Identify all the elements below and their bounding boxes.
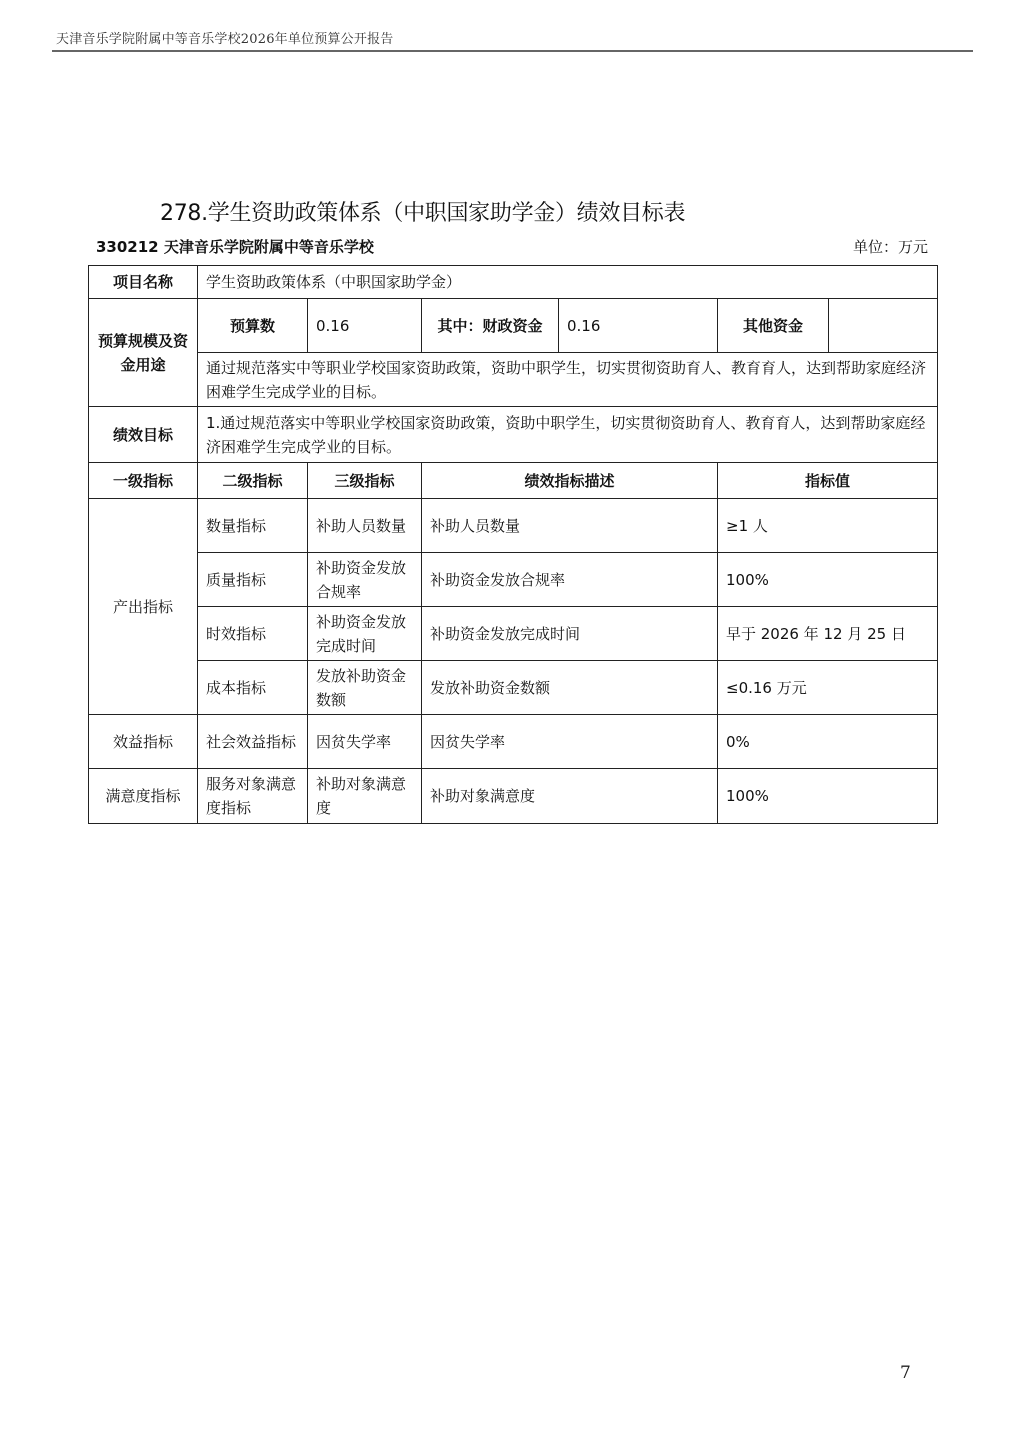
level2-cell: 社会效益指标	[198, 715, 308, 769]
description-cell: 因贫失学率	[422, 715, 718, 769]
goal-row: 绩效目标 1.通过规范落实中等职业学校国家资助政策，资助中职学生，切实贯彻资助育…	[89, 407, 938, 463]
description-cell: 补助资金发放完成时间	[422, 607, 718, 661]
organization-code-name: 330212 天津音乐学院附属中等音乐学校	[96, 236, 374, 257]
fiscal-funds-label: 其中：财政资金	[422, 299, 559, 353]
description-cell: 补助人员数量	[422, 499, 718, 553]
header-rule	[52, 50, 973, 52]
level2-cell: 成本指标	[198, 661, 308, 715]
level3-cell: 补助资金发放完成时间	[308, 607, 422, 661]
org-unit-line: 330212 天津音乐学院附属中等音乐学校 单位：万元	[96, 236, 928, 257]
budget-label: 预算规模及资金用途	[89, 299, 198, 407]
other-funds-label: 其他资金	[718, 299, 829, 353]
header-level2: 二级指标	[198, 463, 308, 499]
value-cell: 早于 2026 年 12 月 25 日	[718, 607, 938, 661]
value-cell: ≤0.16 万元	[718, 661, 938, 715]
budget-row: 预算规模及资金用途 预算数 0.16 其中：财政资金 0.16 其他资金	[89, 299, 938, 353]
fund-usage-row: 通过规范落实中等职业学校国家资助政策，资助中职学生，切实贯彻资助育人、教育育人，…	[89, 353, 938, 407]
description-cell: 补助对象满意度	[422, 769, 718, 824]
table-row: 效益指标 社会效益指标 因贫失学率 因贫失学率 0%	[89, 715, 938, 769]
value-cell: ≥1 人	[718, 499, 938, 553]
project-name-value: 学生资助政策体系（中职国家助学金）	[198, 266, 938, 299]
table-row: 满意度指标 服务对象满意度指标 补助对象满意度 补助对象满意度 100%	[89, 769, 938, 824]
indicator-header-row: 一级指标 二级指标 三级指标 绩效指标描述 指标值	[89, 463, 938, 499]
running-header: 天津音乐学院附属中等音乐学校2026年单位预算公开报告	[56, 28, 393, 47]
budget-amount-label: 预算数	[198, 299, 308, 353]
value-cell: 100%	[718, 553, 938, 607]
performance-target-table: 项目名称 学生资助政策体系（中职国家助学金） 预算规模及资金用途 预算数 0.1…	[88, 265, 938, 824]
level3-cell: 补助对象满意度	[308, 769, 422, 824]
page-number: 7	[900, 1363, 911, 1383]
other-funds-value	[829, 299, 938, 353]
budget-amount-value: 0.16	[308, 299, 422, 353]
level3-cell: 补助资金发放合规率	[308, 553, 422, 607]
header-value: 指标值	[718, 463, 938, 499]
table-row: 成本指标 发放补助资金数额 发放补助资金数额 ≤0.16 万元	[89, 661, 938, 715]
header-description: 绩效指标描述	[422, 463, 718, 499]
description-cell: 补助资金发放合规率	[422, 553, 718, 607]
goal-label: 绩效目标	[89, 407, 198, 463]
level2-cell: 时效指标	[198, 607, 308, 661]
value-cell: 100%	[718, 769, 938, 824]
project-name-label: 项目名称	[89, 266, 198, 299]
unit-label: 单位：万元	[853, 236, 928, 257]
level3-cell: 补助人员数量	[308, 499, 422, 553]
header-level3: 三级指标	[308, 463, 422, 499]
page-title: 278.学生资助政策体系（中职国家助学金）绩效目标表	[160, 196, 685, 227]
level1-benefit: 效益指标	[89, 715, 198, 769]
header-level1: 一级指标	[89, 463, 198, 499]
table-row: 时效指标 补助资金发放完成时间 补助资金发放完成时间 早于 2026 年 12 …	[89, 607, 938, 661]
fund-usage-text: 通过规范落实中等职业学校国家资助政策，资助中职学生，切实贯彻资助育人、教育育人，…	[198, 353, 938, 407]
value-cell: 0%	[718, 715, 938, 769]
level2-cell: 服务对象满意度指标	[198, 769, 308, 824]
table-row: 产出指标 数量指标 补助人员数量 补助人员数量 ≥1 人	[89, 499, 938, 553]
project-name-row: 项目名称 学生资助政策体系（中职国家助学金）	[89, 266, 938, 299]
description-cell: 发放补助资金数额	[422, 661, 718, 715]
level3-cell: 因贫失学率	[308, 715, 422, 769]
table-row: 质量指标 补助资金发放合规率 补助资金发放合规率 100%	[89, 553, 938, 607]
fiscal-funds-value: 0.16	[559, 299, 718, 353]
level1-output: 产出指标	[89, 499, 198, 715]
goal-text: 1.通过规范落实中等职业学校国家资助政策，资助中职学生，切实贯彻资助育人、教育育…	[198, 407, 938, 463]
level2-cell: 数量指标	[198, 499, 308, 553]
level1-satisfaction: 满意度指标	[89, 769, 198, 824]
level2-cell: 质量指标	[198, 553, 308, 607]
level3-cell: 发放补助资金数额	[308, 661, 422, 715]
